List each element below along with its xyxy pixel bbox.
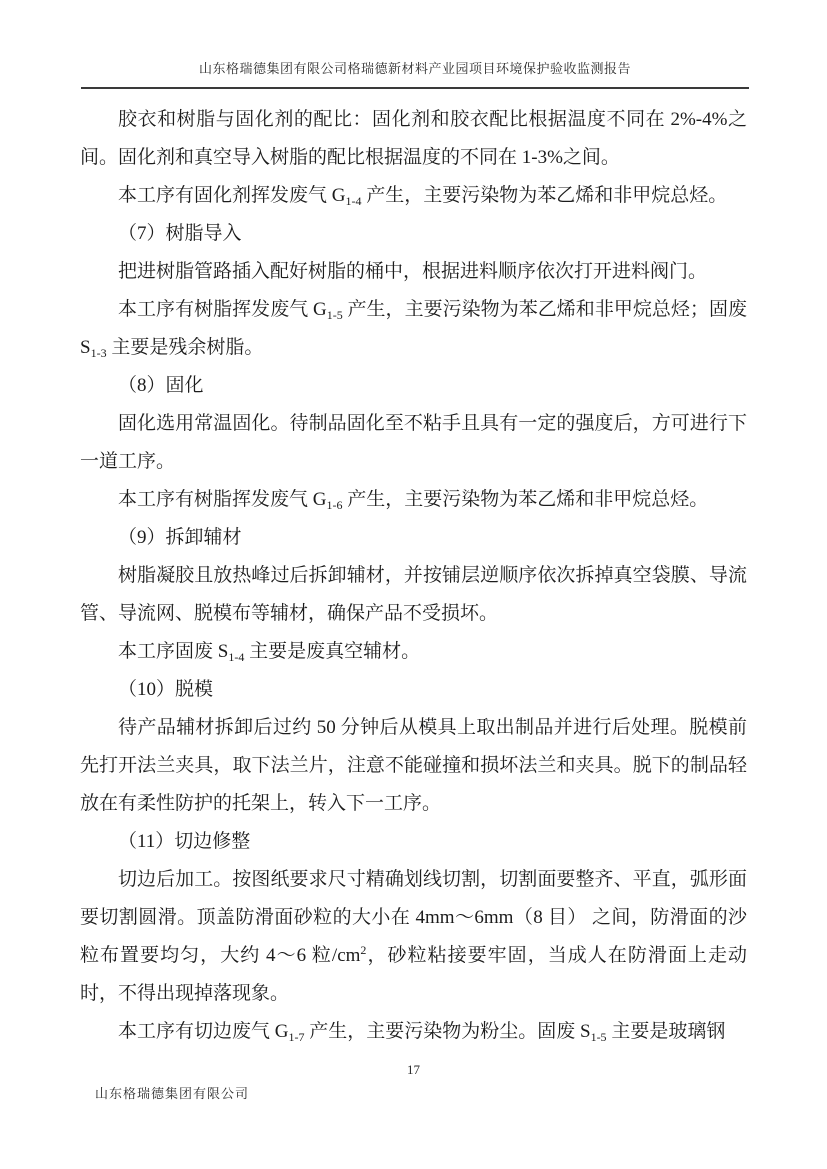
subscript: 1-3 [91, 346, 107, 360]
subscript: 1-7 [288, 1030, 304, 1044]
subscript: 1-4 [345, 194, 361, 208]
paragraph: 固化选用常温固化。待制品固化至不粘手且具有一定的强度后，方可进行下一道工序。 [80, 405, 747, 481]
section-heading: （9）拆卸辅材 [80, 519, 747, 557]
paragraph: 切边后加工。按图纸要求尺寸精确划线切割，切割面要整齐、平直，弧形面要切割圆滑。顶… [80, 861, 747, 1013]
paragraph: 本工序有树脂挥发废气 G1-6 产生，主要污染物为苯乙烯和非甲烷总烃。 [80, 481, 747, 519]
section-heading: （7）树脂导入 [80, 215, 747, 253]
page-number: 17 [0, 1062, 827, 1078]
paragraph: 本工序有树脂挥发废气 G1-5 产生，主要污染物为苯乙烯和非甲烷总烃；固废 S1… [80, 291, 747, 367]
document-body: 胶衣和树脂与固化剂的配比：固化剂和胶衣配比根据温度不同在 2%-4%之间。固化剂… [80, 101, 747, 1051]
paragraph: 胶衣和树脂与固化剂的配比：固化剂和胶衣配比根据温度不同在 2%-4%之间。固化剂… [80, 101, 747, 177]
subscript: 1-5 [327, 308, 343, 322]
paragraph: 把进树脂管路插入配好树脂的桶中，根据进料顺序依次打开进料阀门。 [80, 253, 747, 291]
page-header: 山东格瑞德集团有限公司格瑞德新材料产业园项目环境保护验收监测报告 [81, 58, 749, 89]
document-page: 山东格瑞德集团有限公司格瑞德新材料产业园项目环境保护验收监测报告 胶衣和树脂与固… [0, 0, 827, 1169]
section-heading: （8）固化 [80, 367, 747, 405]
paragraph: 树脂凝胶且放热峰过后拆卸辅材，并按铺层逆顺序依次拆掉真空袋膜、导流管、导流网、脱… [80, 557, 747, 633]
superscript: 2 [360, 943, 366, 957]
paragraph: 本工序固废 S1-4 主要是废真空辅材。 [80, 633, 747, 671]
subscript: 1-5 [591, 1030, 607, 1044]
paragraph: 待产品辅材拆卸后过约 50 分钟后从模具上取出制品并进行后处理。脱模前先打开法兰… [80, 709, 747, 823]
footer-company: 山东格瑞德集团有限公司 [95, 1083, 249, 1102]
section-heading: （11）切边修整 [80, 823, 747, 861]
paragraph: 本工序有切边废气 G1-7 产生，主要污染物为粉尘。固废 S1-5 主要是玻璃钢 [80, 1013, 747, 1051]
subscript: 1-4 [228, 650, 244, 664]
subscript: 1-6 [326, 498, 342, 512]
header-title: 山东格瑞德集团有限公司格瑞德新材料产业园项目环境保护验收监测报告 [199, 61, 631, 76]
section-heading: （10）脱模 [80, 671, 747, 709]
paragraph: 本工序有固化剂挥发废气 G1-4 产生，主要污染物为苯乙烯和非甲烷总烃。 [80, 177, 747, 215]
